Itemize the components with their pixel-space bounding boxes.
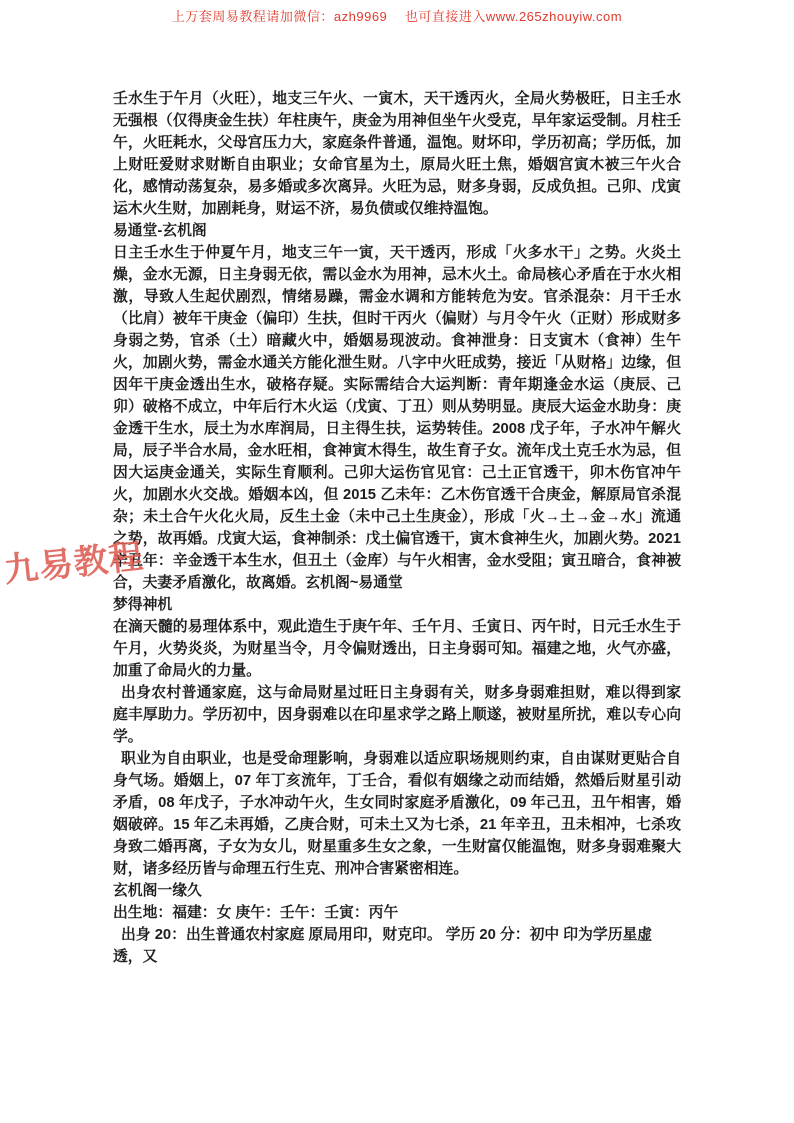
line-birth-info: 出生地：福建：女 庚午：壬午：壬寅：丙午 — [113, 902, 681, 924]
heading-yitongtang-xuanjige: 易通堂-玄机阁 — [113, 220, 681, 242]
promo-header-text: 上万套周易教程请加微信：azh9969 也可直接进入www.265zhouyiw… — [0, 6, 794, 25]
heading-mengdeshenji: 梦得神机 — [113, 594, 681, 616]
paragraph-career-marriage: 职业为自由职业，也是受命理影响，身弱难以适应职场规则约束，自由谋财更贴合自身气场… — [113, 748, 681, 880]
heading-xuanjige-yuanjiu: 玄机阁一缘久 — [113, 880, 681, 902]
document-body: 壬水生于午月（火旺），地支三午火、一寅木，天干透丙火，全局火势极旺，日主壬水无强… — [113, 88, 681, 968]
paragraph-family-background: 出身农村普通家庭，这与命局财星过旺日主身弱有关，财多身弱难担财，难以得到家庭丰厚… — [113, 682, 681, 748]
paragraph-bazi-summary: 壬水生于午月（火旺），地支三午火、一寅木，天干透丙火，全局火势极旺，日主壬水无强… — [113, 88, 681, 220]
paragraph-xuanjige-analysis: 日主壬水生于仲夏午月，地支三午一寅，天干透丙，形成「火多水干」之势。火炎土燥，金… — [113, 242, 681, 594]
line-score-info: 出身 20：出生普通农村家庭 原局用印，财克印。 学历 20 分：初中 印为学历… — [113, 924, 681, 968]
paragraph-ditiansui-intro: 在滴天髓的易理体系中，观此造生于庚午年、壬午月、壬寅日、丙午时，日元壬水生于午月… — [113, 616, 681, 682]
